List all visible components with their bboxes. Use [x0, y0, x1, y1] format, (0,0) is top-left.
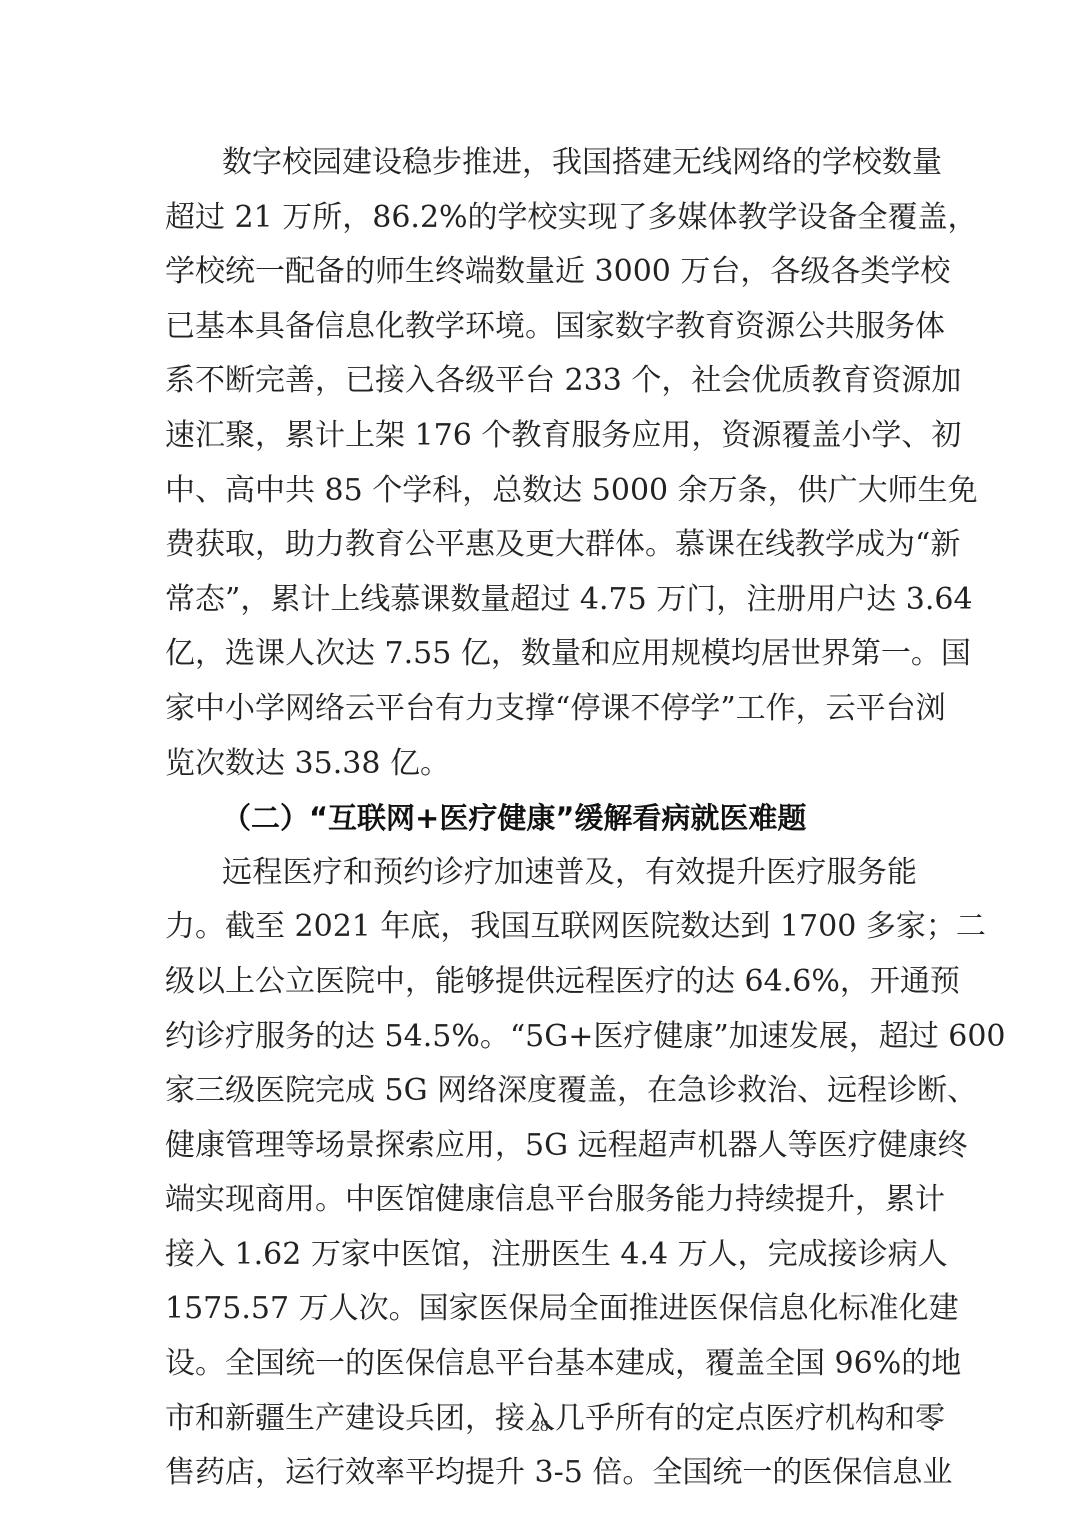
body-text: 数字校园建设稳步推进，我国搭建无线网络的学校数量 超过 21 万所，86.2%的… [165, 136, 917, 1501]
text-line: 约诊疗服务的达 54.5%。“5G+医疗健康”加速发展，超过 600 [165, 1010, 917, 1065]
paragraph-internet-healthcare: 远程医疗和预约诊疗加速普及，有效提升医疗服务能 力。截至 2021 年底，我国互… [165, 846, 917, 1501]
text-line: 超过 21 万所，86.2%的学校实现了多媒体教学设备全覆盖， [165, 191, 917, 246]
text-line: 速汇聚，累计上架 176 个教育服务应用，资源覆盖小学、初 [165, 409, 917, 464]
text-line: 接入 1.62 万家中医馆，注册医生 4.4 万人，完成接诊病人 [165, 1228, 917, 1283]
text-line: 家三级医院完成 5G 网络深度覆盖，在急诊救治、远程诊断、 [165, 1064, 917, 1119]
text-line: 系不断完善，已接入各级平台 233 个，社会优质教育资源加 [165, 354, 917, 409]
text-line: 数字校园建设稳步推进，我国搭建无线网络的学校数量 [165, 136, 917, 191]
text-line: 端实现商用。中医馆健康信息平台服务能力持续提升，累计 [165, 1173, 917, 1228]
text-line: 设。全国统一的医保信息平台基本建成，覆盖全国 96%的地 [165, 1337, 917, 1392]
text-line: 级以上公立医院中，能够提供远程医疗的达 64.6%，开通预 [165, 955, 917, 1010]
text-line: 远程医疗和预约诊疗加速普及，有效提升医疗服务能 [165, 846, 917, 901]
text-line: 中、高中共 85 个学科，总数达 5000 余万条，供广大师生免 [165, 464, 917, 519]
text-line: 常态”，累计上线慕课数量超过 4.75 万门，注册用户达 3.64 [165, 573, 917, 628]
text-line: 健康管理等场景探索应用，5G 远程超声机器人等医疗健康终 [165, 1119, 917, 1174]
document-page: 数字校园建设稳步推进，我国搭建无线网络的学校数量 超过 21 万所，86.2%的… [0, 0, 1080, 1527]
text-line: 售药店，运行效率平均提升 3-5 倍。全国统一的医保信息业 [165, 1446, 917, 1501]
text-line: 学校统一配备的师生终端数量近 3000 万台，各级各类学校 [165, 245, 917, 300]
text-line: 费获取，助力教育公平惠及更大群体。慕课在线教学成为“新 [165, 518, 917, 573]
section-heading: （二）“互联网+医疗健康”缓解看病就医难题 [165, 791, 917, 846]
text-line: 览次数达 35.38 亿。 [165, 737, 917, 792]
text-line: 亿，选课人次达 7.55 亿，数量和应用规模均居世界第一。国 [165, 627, 917, 682]
text-line: 1575.57 万人次。国家医保局全面推进医保信息化标准化建 [165, 1282, 917, 1337]
page-number: 28 [0, 1416, 1080, 1436]
paragraph-digital-campus: 数字校园建设稳步推进，我国搭建无线网络的学校数量 超过 21 万所，86.2%的… [165, 136, 917, 791]
text-line: 家中小学网络云平台有力支撑“停课不停学”工作，云平台浏 [165, 682, 917, 737]
text-line: 力。截至 2021 年底，我国互联网医院数达到 1700 多家；二 [165, 900, 917, 955]
text-line: 已基本具备信息化教学环境。国家数字教育资源公共服务体 [165, 300, 917, 355]
